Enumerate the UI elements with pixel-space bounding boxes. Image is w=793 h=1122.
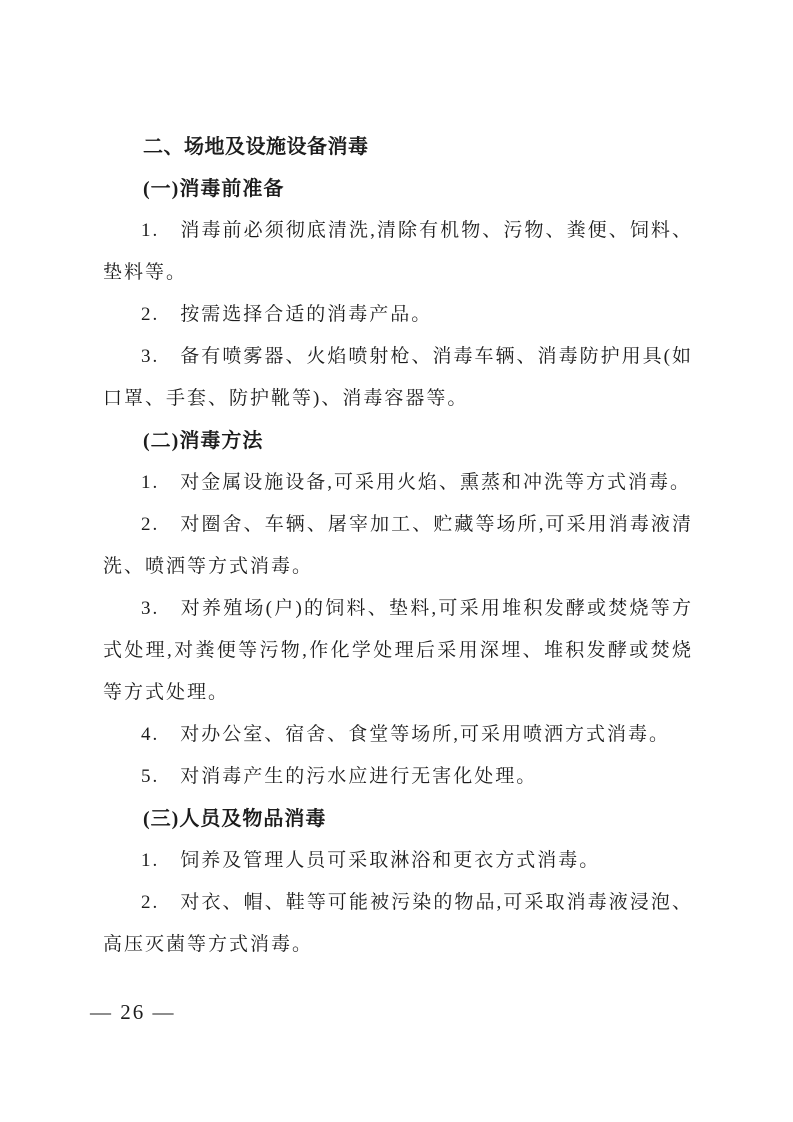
paragraph-preparation-3: 3. 备有喷雾器、火焰喷射枪、消毒车辆、消毒防护用具(如口罩、手套、防护靴等)、…	[103, 336, 693, 420]
paragraph-methods-5: 5. 对消毒产生的污水应进行无害化处理。	[103, 756, 693, 798]
paragraph-methods-3: 3. 对养殖场(户)的饲料、垫料,可采用堆积发酵或焚烧等方式处理,对粪便等污物,…	[103, 588, 693, 714]
paragraph-personnel-1: 1. 饲养及管理人员可采取淋浴和更衣方式消毒。	[103, 840, 693, 882]
document-title: 二、场地及设施设备消毒	[103, 126, 693, 168]
section-heading-preparation: (一)消毒前准备	[103, 168, 693, 210]
document-content: 二、场地及设施设备消毒 (一)消毒前准备 1. 消毒前必须彻底清洗,清除有机物、…	[103, 126, 693, 966]
paragraph-personnel-2: 2. 对衣、帽、鞋等可能被污染的物品,可采取消毒液浸泡、高压灭菌等方式消毒。	[103, 882, 693, 966]
paragraph-methods-4: 4. 对办公室、宿舍、食堂等场所,可采用喷洒方式消毒。	[103, 714, 693, 756]
section-heading-methods: (二)消毒方法	[103, 420, 693, 462]
section-heading-personnel: (三)人员及物品消毒	[103, 798, 693, 840]
page-number-text: — 26 —	[90, 1000, 176, 1024]
paragraph-methods-2: 2. 对圈舍、车辆、屠宰加工、贮藏等场所,可采用消毒液清洗、喷洒等方式消毒。	[103, 504, 693, 588]
page-sheet: 二、场地及设施设备消毒 (一)消毒前准备 1. 消毒前必须彻底清洗,清除有机物、…	[0, 0, 793, 1122]
paragraph-preparation-1: 1. 消毒前必须彻底清洗,清除有机物、污物、粪便、饲料、垫料等。	[103, 210, 693, 294]
document-page: { "page": { "background_color": "#ffffff…	[0, 0, 793, 1122]
paragraph-methods-1: 1. 对金属设施设备,可采用火焰、熏蒸和冲洗等方式消毒。	[103, 462, 693, 504]
page-number: — 26 —	[90, 1000, 176, 1025]
paragraph-preparation-2: 2. 按需选择合适的消毒产品。	[103, 294, 693, 336]
